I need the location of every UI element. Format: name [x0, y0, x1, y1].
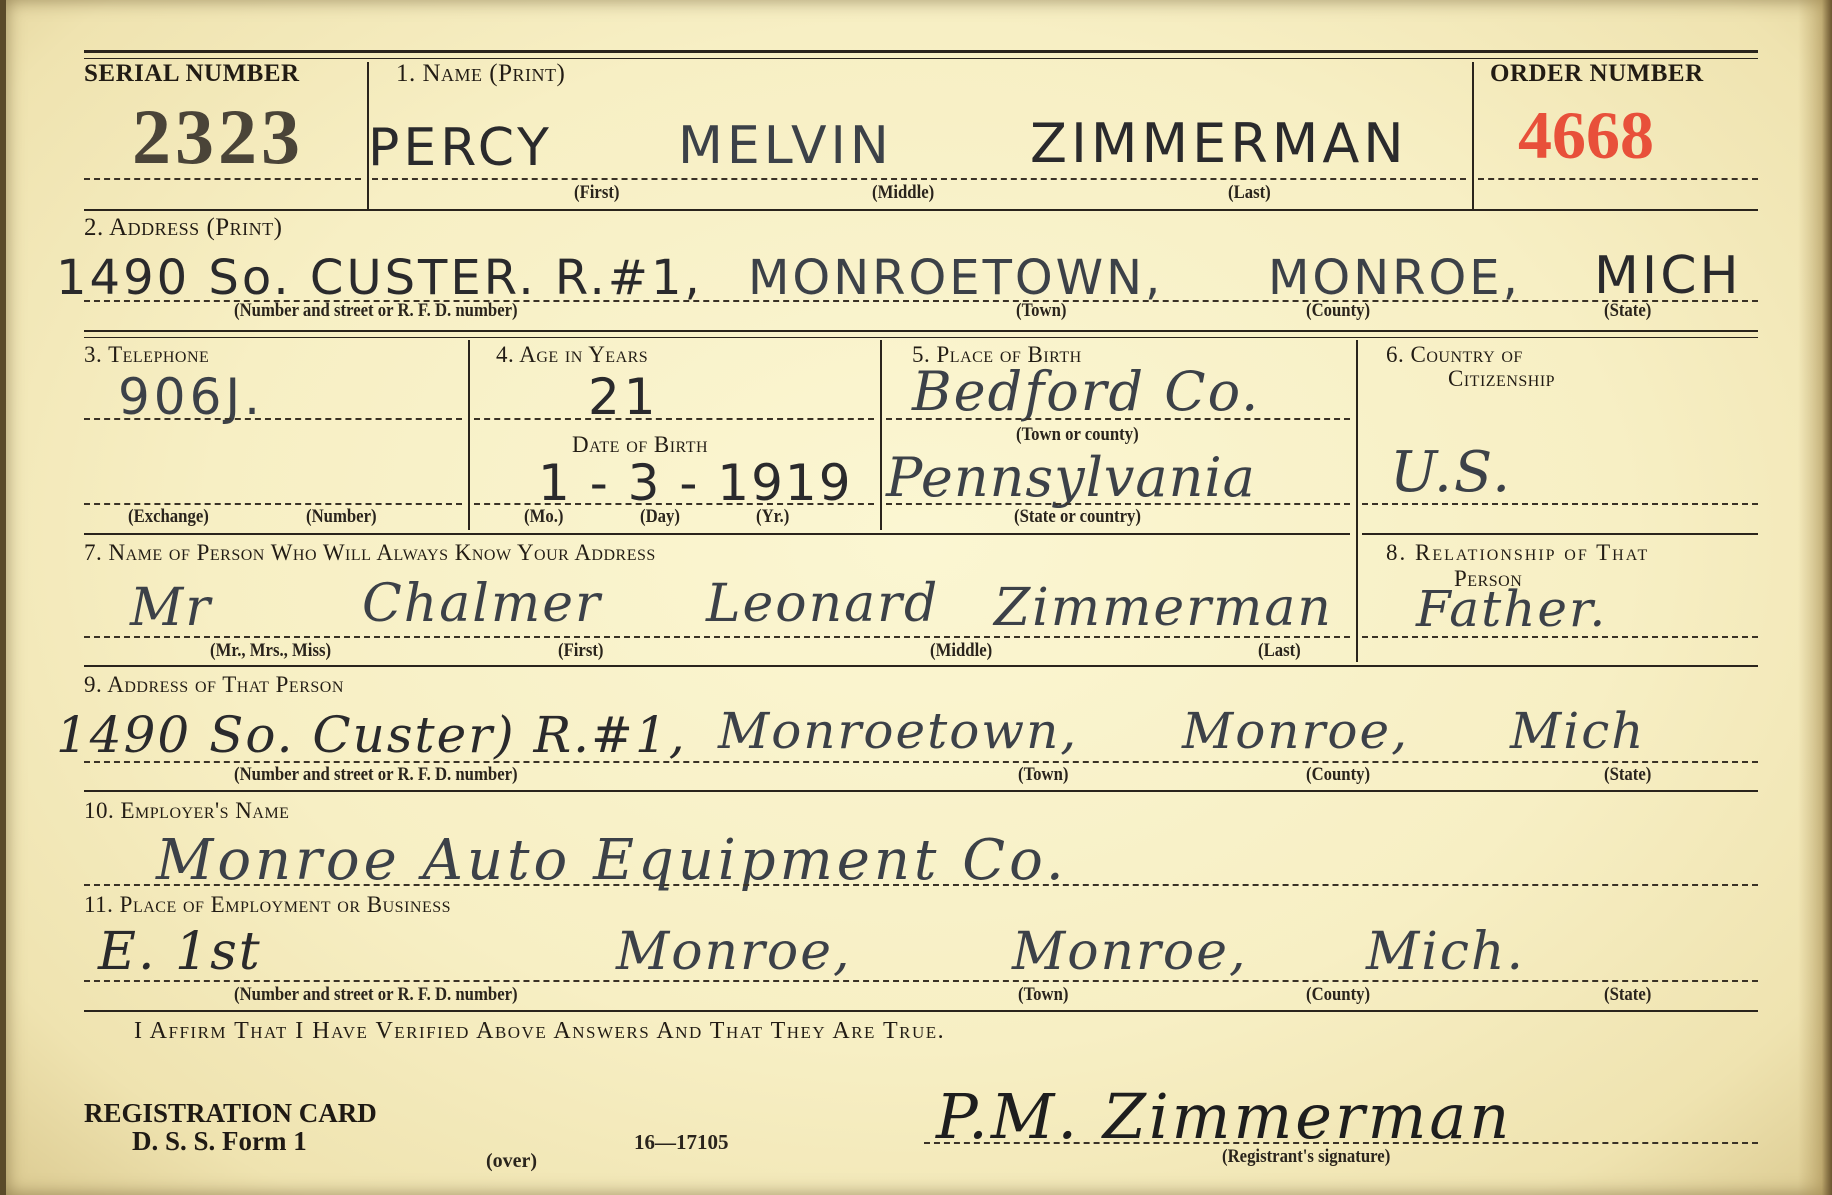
row7-bottom-rule — [84, 665, 1758, 667]
contact-first-sublabel: (First) — [558, 640, 603, 662]
contact-title-sublabel: (Mr., Mrs., Miss) — [210, 640, 331, 662]
employment-county-sublabel: (County) — [1306, 984, 1370, 1006]
address-town-sublabel: (Town) — [1016, 300, 1066, 322]
serial-number-label: SERIAL NUMBER — [84, 60, 300, 88]
order-dash — [1478, 178, 1758, 180]
citizenship-dash — [1362, 503, 1758, 505]
telephone-exchange-sublabel: (Exchange) — [128, 506, 209, 528]
registration-card: SERIAL NUMBER 2323 1. Name (Print) PERCY… — [0, 0, 1832, 1195]
contact-first-value: Chalmer — [362, 574, 602, 634]
employment-county-value: Monroe, — [1012, 922, 1248, 982]
telephone-number-sublabel: (Number) — [306, 506, 377, 528]
birthplace-state-sublabel: (State or country) — [1014, 506, 1141, 528]
dob-month-sublabel: (Mo.) — [524, 506, 563, 528]
age-birthplace-divider — [880, 340, 882, 530]
phone-age-divider — [468, 340, 470, 530]
name-first-value: PERCY — [368, 118, 553, 178]
telephone-dash-1 — [84, 418, 462, 420]
contact-address-state-value: Mich — [1510, 702, 1645, 760]
name-last-value: ZIMMERMAN — [1030, 112, 1408, 175]
row1-bottom-rule — [84, 209, 1758, 211]
citizenship-value: U.S. — [1390, 440, 1512, 505]
contact-address-county-sublabel: (County) — [1306, 764, 1370, 786]
address-label: 2. Address (Print) — [84, 214, 283, 242]
employment-town-sublabel: (Town) — [1018, 984, 1068, 1006]
employment-town-value: Monroe, — [616, 922, 852, 982]
contact-address-town-sublabel: (Town) — [1018, 764, 1068, 786]
contact-middle-sublabel: (Middle) — [930, 640, 992, 662]
name-middle-sublabel: (Middle) — [872, 182, 934, 204]
address-county-sublabel: (County) — [1306, 300, 1370, 322]
row2-bottom-rule — [84, 330, 1758, 332]
contact-address-street-sublabel: (Number and street or R. F. D. number) — [234, 764, 518, 786]
citizenship-label-2: Citizenship — [1448, 366, 1555, 392]
employer-label: 10. Employer's Name — [84, 798, 289, 824]
birthplace-town-sublabel: (Town or county) — [1016, 424, 1139, 446]
name-label: 1. Name (Print) — [396, 60, 565, 88]
contact-name-label: 7. Name of Person Who Will Always Know Y… — [84, 540, 656, 566]
contact-title-value: Mr — [130, 578, 212, 638]
telephone-label: 3. Telephone — [84, 342, 209, 368]
top-rule-inner — [84, 58, 1758, 59]
contact-last-value: Zimmerman — [994, 578, 1333, 638]
address-street-value: 1490 So. CUSTER. R.#1, — [56, 250, 703, 306]
row3-bottom-rule — [84, 533, 1350, 535]
name-first-sublabel: (First) — [574, 182, 619, 204]
birthplace-state-dash — [886, 503, 1350, 505]
name-order-divider — [1472, 62, 1474, 210]
employment-state-value: Mich. — [1366, 922, 1525, 982]
affirmation-text: I Affirm That I Have Verified Above Answ… — [134, 1018, 945, 1045]
card-edge-shadow — [1798, 0, 1832, 1195]
row9-bottom-rule — [84, 790, 1758, 792]
birthplace-town-dash — [886, 418, 1350, 420]
contact-middle-value: Leonard — [706, 574, 939, 634]
over-note: (over) — [486, 1150, 537, 1173]
serial-number-value: 2323 — [132, 92, 304, 182]
employment-state-sublabel: (State) — [1604, 984, 1651, 1006]
registration-card-title: REGISTRATION CARD — [84, 1098, 377, 1129]
birthplace-state-value: Pennsylvania — [886, 446, 1256, 509]
serial-dash — [84, 178, 361, 180]
contact-address-state-sublabel: (State) — [1604, 764, 1651, 786]
birthplace-town-value: Bedford Co. — [912, 360, 1260, 423]
contact-name-dash — [84, 636, 1350, 638]
row11-bottom-rule — [84, 1010, 1758, 1012]
relationship-dash — [1362, 636, 1758, 638]
signature-dash — [924, 1142, 1758, 1144]
dob-dash — [474, 503, 874, 505]
relationship-label-1: 8. Relationship of That — [1386, 540, 1649, 566]
order-number-label: ORDER NUMBER — [1490, 60, 1704, 88]
signature-sublabel: (Registrant's signature) — [1222, 1146, 1390, 1168]
order-number-value: 4668 — [1518, 96, 1654, 175]
employer-dash — [84, 884, 1758, 886]
contact-address-label: 9. Address of That Person — [84, 672, 344, 698]
top-rule — [84, 50, 1758, 53]
birthplace-citizenship-divider — [1356, 340, 1358, 662]
age-label: 4. Age in Years — [496, 342, 648, 368]
employment-dash — [84, 980, 1758, 982]
contact-last-sublabel: (Last) — [1258, 640, 1301, 662]
citizenship-label-1: 6. Country of — [1386, 342, 1523, 368]
form-number: D. S. S. Form 1 — [132, 1126, 307, 1157]
row2-bottom-rule-inner — [84, 337, 1758, 338]
name-last-sublabel: (Last) — [1228, 182, 1271, 204]
relationship-value: Father. — [1416, 580, 1607, 638]
employment-place-label: 11. Place of Employment or Business — [84, 892, 451, 918]
address-town-value: MONROETOWN, — [748, 250, 1163, 306]
contact-address-county-value: Monroe, — [1182, 702, 1409, 760]
contact-address-town-value: Monroetown, — [718, 702, 1078, 760]
address-county-value: MONROE, — [1268, 250, 1521, 306]
name-middle-value: MELVIN — [678, 116, 893, 176]
dob-year-sublabel: (Yr.) — [756, 506, 789, 528]
address-street-sublabel: (Number and street or R. F. D. number) — [234, 300, 518, 322]
address-state-value: MICH — [1594, 246, 1742, 306]
contact-address-street-value: 1490 So. Custer) R.#1, — [56, 706, 687, 764]
dob-day-sublabel: (Day) — [640, 506, 680, 528]
employment-street-value: E. 1st — [98, 922, 262, 982]
print-code: 16—17105 — [634, 1130, 729, 1155]
telephone-dash-2 — [84, 503, 462, 505]
contact-address-dash — [84, 761, 1758, 763]
age-dash — [474, 418, 874, 420]
employment-street-sublabel: (Number and street or R. F. D. number) — [234, 984, 518, 1006]
address-state-sublabel: (State) — [1604, 300, 1651, 322]
row3-bottom-rule-right — [1362, 533, 1758, 535]
name-dash — [372, 178, 1466, 180]
